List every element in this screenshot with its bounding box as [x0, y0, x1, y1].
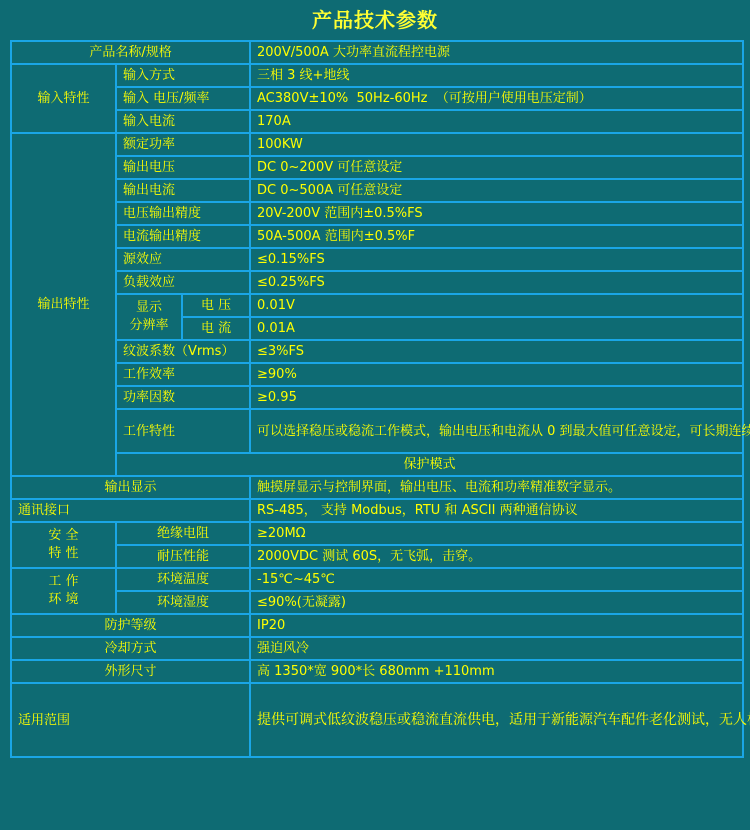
row-label: 环境湿度	[116, 591, 250, 614]
row-value: 触摸屏显示与控制界面，输出电压、电流和功率精准数字显示。	[250, 476, 743, 499]
table-row: 输入 电压/频率 AC380V±10% 50Hz-60Hz （可按用户使用电压定…	[11, 87, 743, 110]
resolution-voltage-label: 电 压	[182, 294, 250, 317]
row-value: 170A	[250, 110, 743, 133]
row-label: 适用范围	[11, 683, 250, 757]
row-label: 保护模式	[116, 453, 743, 476]
row-value: 提供可调式低纹波稳压或稳流直流供电，适用于新能源汽车配件老化测试，无人机地面实验…	[250, 683, 743, 757]
row-value: 100KW	[250, 133, 743, 156]
row-value: ≤3%FS	[250, 340, 743, 363]
row-value: ≥20MΩ	[250, 522, 743, 545]
row-label: 电流输出精度	[116, 225, 250, 248]
table-row: 电流输出精度 50A-500A 范围内±0.5%F	[11, 225, 743, 248]
table-row: 工作效率 ≥90%	[11, 363, 743, 386]
row-value: ≤90%(无凝露)	[250, 591, 743, 614]
table-row: 纹波系数（Vrms） ≤3%FS	[11, 340, 743, 363]
row-label: 输入方式	[116, 64, 250, 87]
table-row: 输出特性 额定功率 100KW	[11, 133, 743, 156]
environment-label-line2: 环 境	[18, 591, 109, 609]
resolution-label-line2: 分辨率	[123, 317, 175, 335]
row-label: 源效应	[116, 248, 250, 271]
table-row: 输出电压 DC 0~200V 可任意设定	[11, 156, 743, 179]
row-value: 强迫风冷	[250, 637, 743, 660]
row-value: 2000VDC 测试 60S，无飞弧，击穿。	[250, 545, 743, 568]
safety-label-line2: 特 性	[18, 545, 109, 563]
spec-table: 产品名称/规格 200V/500A 大功率直流程控电源 输入特性 输入方式 三相…	[10, 40, 744, 758]
row-label: 产品名称/规格	[11, 41, 250, 64]
row-value: 可以选择稳压或稳流工作模式，输出电压和电流从 0 到最大值可任意设定，可长期连续…	[250, 409, 743, 453]
row-value: ≤0.15%FS	[250, 248, 743, 271]
table-row: 电压输出精度 20V-200V 范围内±0.5%FS	[11, 202, 743, 225]
row-label: 工作特性	[116, 409, 250, 453]
row-value: ≤0.25%FS	[250, 271, 743, 294]
environment-label-line1: 工 作	[18, 573, 109, 591]
row-value: DC 0~500A 可任意设定	[250, 179, 743, 202]
row-label: 负载效应	[116, 271, 250, 294]
row-value: RS-485， 支持 Modbus，RTU 和 ASCII 两种通信协议	[250, 499, 743, 522]
table-row: 产品名称/规格 200V/500A 大功率直流程控电源	[11, 41, 743, 64]
page-title: 产品技术参数	[0, 0, 750, 36]
row-label: 额定功率	[116, 133, 250, 156]
row-label: 输入电流	[116, 110, 250, 133]
row-value: 200V/500A 大功率直流程控电源	[250, 41, 743, 64]
table-row: 工 作 环 境 环境温度 -15℃~45℃	[11, 568, 743, 591]
row-label: 功率因数	[116, 386, 250, 409]
row-label: 防护等级	[11, 614, 250, 637]
table-row: 外形尺寸 高 1350*宽 900*长 680mm +110mm	[11, 660, 743, 683]
row-label: 耐压性能	[116, 545, 250, 568]
row-value: DC 0~200V 可任意设定	[250, 156, 743, 179]
table-row: 安 全 特 性 绝缘电阻 ≥20MΩ	[11, 522, 743, 545]
row-label: 外形尺寸	[11, 660, 250, 683]
row-label: 通讯接口	[11, 499, 250, 522]
row-label: 输出显示	[11, 476, 250, 499]
resolution-current-label: 电 流	[182, 317, 250, 340]
table-row: 耐压性能 2000VDC 测试 60S，无飞弧，击穿。	[11, 545, 743, 568]
table-row: 适用范围 提供可调式低纹波稳压或稳流直流供电，适用于新能源汽车配件老化测试，无人…	[11, 683, 743, 757]
group-label-environment: 工 作 环 境	[11, 568, 116, 614]
table-row: 防护等级 IP20	[11, 614, 743, 637]
row-label: 纹波系数（Vrms）	[116, 340, 250, 363]
table-row: 输入特性 输入方式 三相 3 线+地线	[11, 64, 743, 87]
table-row: 冷却方式 强迫风冷	[11, 637, 743, 660]
row-value: ≥90%	[250, 363, 743, 386]
row-label: 绝缘电阻	[116, 522, 250, 545]
row-label: 冷却方式	[11, 637, 250, 660]
resolution-current-value: 0.01A	[250, 317, 743, 340]
row-label: 工作效率	[116, 363, 250, 386]
row-label: 输入 电压/频率	[116, 87, 250, 110]
table-row: 功率因数 ≥0.95	[11, 386, 743, 409]
row-value: -15℃~45℃	[250, 568, 743, 591]
safety-label-line1: 安 全	[18, 527, 109, 545]
table-row: 输入电流 170A	[11, 110, 743, 133]
table-row: 负载效应 ≤0.25%FS	[11, 271, 743, 294]
resolution-label-line1: 显示	[123, 299, 175, 317]
resolution-voltage-value: 0.01V	[250, 294, 743, 317]
row-value: 三相 3 线+地线	[250, 64, 743, 87]
row-value: AC380V±10% 50Hz-60Hz （可按用户使用电压定制）	[250, 87, 743, 110]
group-label-input: 输入特性	[11, 64, 116, 133]
row-label: 环境温度	[116, 568, 250, 591]
group-label-output: 输出特性	[11, 133, 116, 476]
table-row: 输出显示 触摸屏显示与控制界面，输出电压、电流和功率精准数字显示。	[11, 476, 743, 499]
resolution-label: 显示 分辨率	[116, 294, 182, 340]
table-row: 环境湿度 ≤90%(无凝露)	[11, 591, 743, 614]
row-value: ≥0.95	[250, 386, 743, 409]
row-label: 输出电流	[116, 179, 250, 202]
table-row: 输出电流 DC 0~500A 可任意设定	[11, 179, 743, 202]
row-value: 高 1350*宽 900*长 680mm +110mm	[250, 660, 743, 683]
group-label-safety: 安 全 特 性	[11, 522, 116, 568]
row-label: 输出电压	[116, 156, 250, 179]
table-row: 保护模式 具有缺相，过热、过压、过流、短路等故障自动保护功能	[11, 453, 743, 476]
row-value: 50A-500A 范围内±0.5%F	[250, 225, 743, 248]
row-label: 电压输出精度	[116, 202, 250, 225]
table-row: 显示 分辨率 电 压 0.01V	[11, 294, 743, 317]
table-row: 源效应 ≤0.15%FS	[11, 248, 743, 271]
row-value: 20V-200V 范围内±0.5%FS	[250, 202, 743, 225]
table-row: 工作特性 可以选择稳压或稳流工作模式，输出电压和电流从 0 到最大值可任意设定，…	[11, 409, 743, 453]
table-row: 通讯接口 RS-485， 支持 Modbus，RTU 和 ASCII 两种通信协…	[11, 499, 743, 522]
row-value: IP20	[250, 614, 743, 637]
